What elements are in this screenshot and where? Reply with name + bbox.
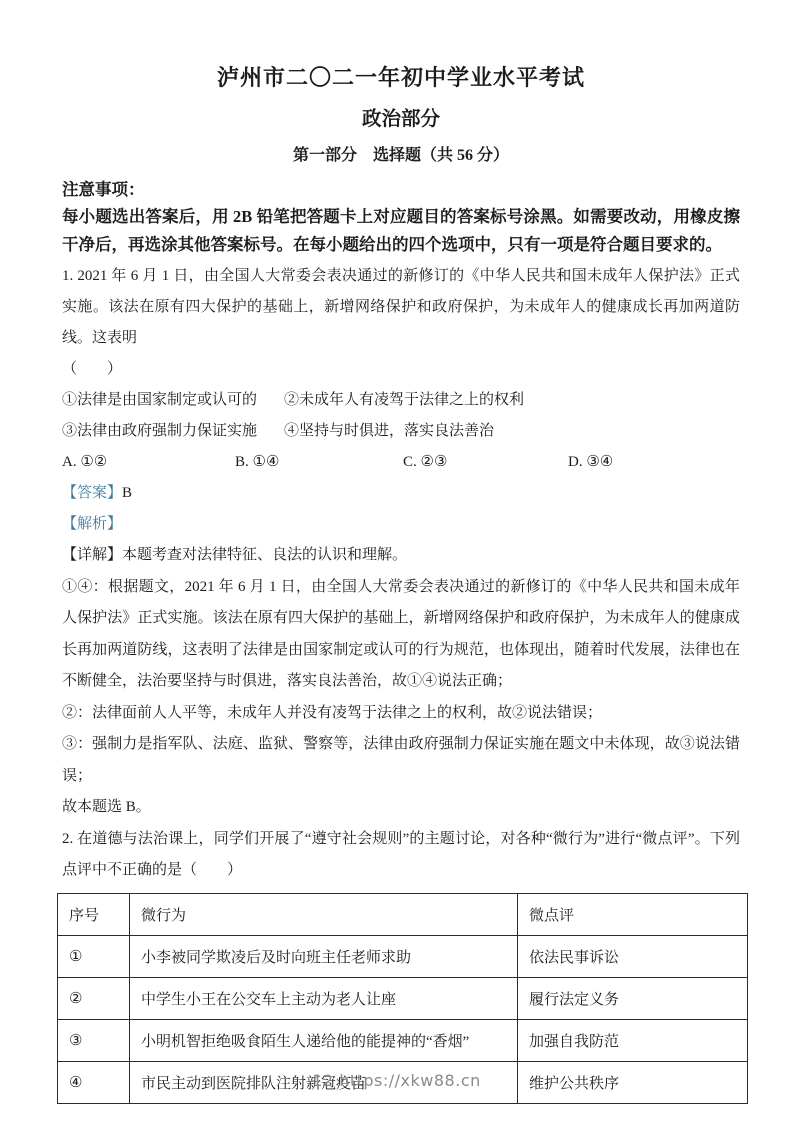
exam-page: 泸州市二〇二一年初中学业水平考试 政治部分 第一部分 选择题（共 56 分） 注… bbox=[0, 0, 793, 1122]
page-footer-watermark: 12 https://xkw88.cn bbox=[0, 1071, 793, 1090]
table-header-behavior: 微行为 bbox=[130, 893, 518, 935]
table-header-row: 序号 微行为 微点评 bbox=[58, 893, 748, 935]
table-header-number: 序号 bbox=[58, 893, 130, 935]
question-1-options: A. ①② B. ①④ C. ②③ D. ③④ bbox=[62, 447, 740, 478]
table-cell-comment: 加强自我防范 bbox=[518, 1019, 748, 1061]
analysis-row: 【解析】 bbox=[62, 509, 740, 540]
table-cell-number: ② bbox=[58, 977, 130, 1019]
question-1-stem: 1. 2021 年 6 月 1 日，由全国人大常委会表决通过的新修订的《中华人民… bbox=[62, 261, 740, 354]
table-cell-behavior: 小明机智拒绝吸食陌生人递给他的能提神的“香烟” bbox=[130, 1019, 518, 1061]
table-row: ③ 小明机智拒绝吸食陌生人递给他的能提神的“香烟” 加强自我防范 bbox=[58, 1019, 748, 1061]
table-cell-comment: 依法民事诉讼 bbox=[518, 935, 748, 977]
option-a: A. ①② bbox=[62, 447, 235, 478]
option-d: D. ③④ bbox=[568, 447, 613, 478]
statement-2: ②未成年人有凌驾于法律之上的权利 bbox=[284, 385, 524, 416]
detail-point-1: ①④：根据题文，2021 年 6 月 1 日，由全国人大常委会表决通过的新修订的… bbox=[62, 572, 740, 698]
table-cell-number: ③ bbox=[58, 1019, 130, 1061]
question-2-stem: 2. 在道德与法治课上，同学们开展了“遵守社会规则”的主题讨论，对各种“微行为”… bbox=[62, 824, 740, 886]
statement-4: ④坚持与时俱进，落实良法善治 bbox=[284, 416, 494, 447]
table-cell-behavior: 中学生小王在公交车上主动为老人让座 bbox=[130, 977, 518, 1019]
page-subtitle: 政治部分 bbox=[62, 108, 740, 132]
question-1-bracket: （ ） bbox=[62, 354, 740, 385]
question-1-statements-row-1: ①法律是由国家制定或认可的 ②未成年人有凌驾于法律之上的权利 bbox=[62, 385, 740, 416]
answer-row: 【答案】B bbox=[62, 478, 740, 509]
detail-intro-line: 【详解】本题考查对法律特征、良法的认识和理解。 bbox=[62, 540, 740, 572]
statement-1: ①法律是由国家制定或认可的 bbox=[62, 385, 284, 416]
detail-point-4: 故本题选 B。 bbox=[62, 792, 740, 824]
table-row: ① 小李被同学欺凌后及时向班主任老师求助 依法民事诉讼 bbox=[58, 935, 748, 977]
detail-block: 【详解】本题考查对法律特征、良法的认识和理解。 ①④：根据题文，2021 年 6… bbox=[62, 540, 740, 824]
detail-point-3: ③：强制力是指军队、法庭、监狱、警察等，法律由政府强制力保证实施在题文中未体现，… bbox=[62, 729, 740, 792]
question-1: 1. 2021 年 6 月 1 日，由全国人大常委会表决通过的新修订的《中华人民… bbox=[62, 261, 740, 824]
answer-value: B bbox=[122, 485, 132, 501]
answer-label: 【答案】 bbox=[62, 485, 122, 501]
option-c: C. ②③ bbox=[403, 447, 568, 478]
section-heading: 第一部分 选择题（共 56 分） bbox=[62, 146, 740, 166]
page-title: 泸州市二〇二一年初中学业水平考试 bbox=[62, 64, 740, 92]
detail-intro: 本题考查对法律特征、良法的认识和理解。 bbox=[122, 547, 407, 563]
detail-point-2: ②：法律面前人人平等，未成年人并没有凌驾于法律之上的权利，故②说法错误； bbox=[62, 698, 740, 730]
question-1-statements-row-2: ③法律由政府强制力保证实施 ④坚持与时俱进，落实良法善治 bbox=[62, 416, 740, 447]
table-header-comment: 微点评 bbox=[518, 893, 748, 935]
table-cell-behavior: 小李被同学欺凌后及时向班主任老师求助 bbox=[130, 935, 518, 977]
analysis-label: 【解析】 bbox=[62, 516, 122, 532]
table-cell-comment: 履行法定义务 bbox=[518, 977, 748, 1019]
option-b: B. ①④ bbox=[235, 447, 403, 478]
notice-text: 每小题选出答案后，用 2B 铅笔把答题卡上对应题目的答案标号涂黑。如需要改动，用… bbox=[62, 203, 740, 258]
table-row: ② 中学生小王在公交车上主动为老人让座 履行法定义务 bbox=[58, 977, 748, 1019]
table-cell-number: ① bbox=[58, 935, 130, 977]
question-2: 2. 在道德与法治课上，同学们开展了“遵守社会规则”的主题讨论，对各种“微行为”… bbox=[62, 824, 740, 1104]
statement-3: ③法律由政府强制力保证实施 bbox=[62, 416, 284, 447]
notice-label: 注意事项： bbox=[62, 177, 740, 203]
detail-label: 【详解】 bbox=[62, 547, 122, 563]
